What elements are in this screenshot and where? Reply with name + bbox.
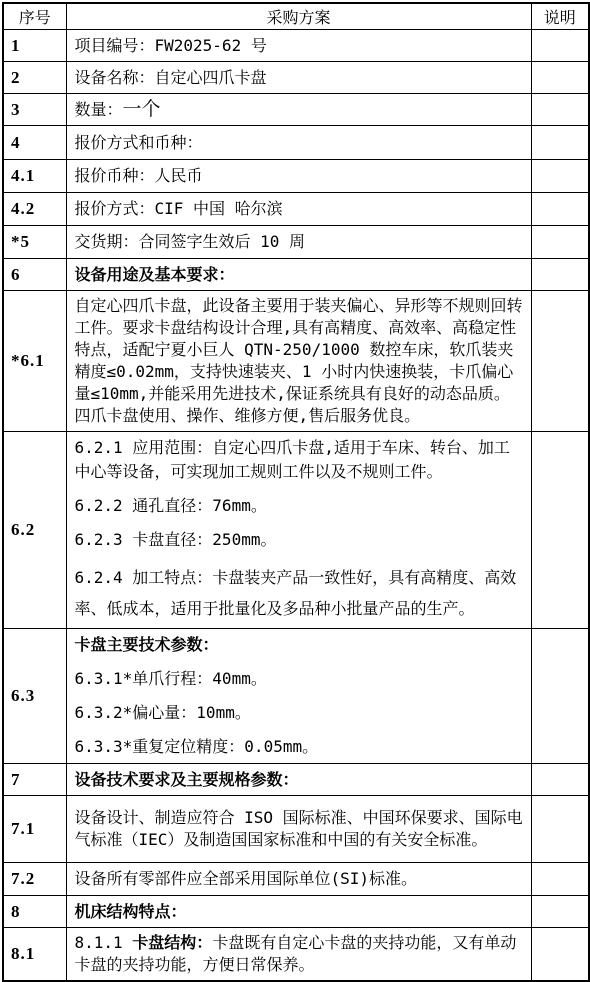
table-row: 4.2 报价方式：CIF 中国 哈尔滨 (3, 193, 589, 226)
header-note: 说明 (531, 3, 589, 30)
row-id: 6.2 (3, 432, 66, 629)
item-title: 卡盘结构： (132, 933, 212, 952)
table-row: 6.3 卡盘主要技术参数： 6.3.1*单爪行程：40mm。 6.3.2*偏心量… (3, 629, 589, 764)
table-row: 7.2 设备所有零部件应全部采用国际单位(SI)标准。 (3, 863, 589, 896)
spec-item: 6.3.1*单爪行程：40mm。 (75, 667, 525, 691)
paragraph: 6.2.4 加工特点：卡盘装夹产品一致性好，具有高精度、高效率、低成本，适用于批… (75, 562, 525, 624)
row-content: 报价方式和币种： (66, 126, 531, 160)
table-row: 8.1 8.1.1 卡盘结构：卡盘既有自定心卡盘的夹持功能，又有单动卡盘的夹持功… (3, 928, 589, 982)
procurement-table: 序号 采购方案 说明 1 项目编号：FW2025-62 号 2 设备名称：自定心… (2, 2, 590, 982)
row-note (531, 629, 589, 764)
row-content: 设备名称：自定心四爪卡盘 (66, 62, 531, 94)
row-content: 项目编号：FW2025-62 号 (66, 30, 531, 62)
row-note (531, 928, 589, 982)
row-note (531, 259, 589, 291)
row-note (531, 94, 589, 126)
row-note (531, 160, 589, 193)
table-row: 7.1 设备设计、制造应符合 ISO 国际标准、中国环保要求、国际电气标准（IE… (3, 796, 589, 863)
spec-item: 6.3.2*偏心量：10mm。 (75, 701, 525, 725)
table-row: *6.1 自定心四爪卡盘，此设备主要用于装夹偏心、异形等不规则回转工件。要求卡盘… (3, 291, 589, 432)
row-id: 7.2 (3, 863, 66, 896)
paragraph: 6.2.1 应用范围：自定心四爪卡盘,适用于车床、转台、加工中心等设备，可实现加… (75, 436, 525, 484)
section-title: 设备技术要求及主要规格参数： (66, 764, 531, 796)
row-note (531, 432, 589, 629)
row-note (531, 863, 589, 896)
row-note (531, 291, 589, 432)
paragraph: 6.2.2 通孔直径：76mm。 (75, 494, 525, 518)
table-row: 8 机床结构特点： (3, 896, 589, 928)
section-title: 设备用途及基本要求： (66, 259, 531, 291)
header-serial: 序号 (3, 3, 66, 30)
table-row: 4.1 报价币种：人民币 (3, 160, 589, 193)
spec-item: 6.3.3*重复定位精度：0.05mm。 (75, 735, 525, 759)
paragraph: 6.2.3 卡盘直径：250mm。 (75, 528, 525, 552)
row-id: 8.1 (3, 928, 66, 982)
row-content: 自定心四爪卡盘，此设备主要用于装夹偏心、异形等不规则回转工件。要求卡盘结构设计合… (66, 291, 531, 432)
row-id: *6.1 (3, 291, 66, 432)
row-content: 报价币种：人民币 (66, 160, 531, 193)
row-id: 8 (3, 896, 66, 928)
row-content: 8.1.1 卡盘结构：卡盘既有自定心卡盘的夹持功能，又有单动卡盘的夹持功能，方便… (66, 928, 531, 982)
row-note (531, 226, 589, 259)
table-row: 7 设备技术要求及主要规格参数： (3, 764, 589, 796)
row-id: 7 (3, 764, 66, 796)
row-id: 6 (3, 259, 66, 291)
header-plan: 采购方案 (66, 3, 531, 30)
section-title: 卡盘主要技术参数： (75, 633, 525, 657)
table-row: 6.2 6.2.1 应用范围：自定心四爪卡盘,适用于车床、转台、加工中心等设备，… (3, 432, 589, 629)
row-id: 6.3 (3, 629, 66, 764)
row-id: *5 (3, 226, 66, 259)
table-row: 1 项目编号：FW2025-62 号 (3, 30, 589, 62)
quantity-label: 数量： (75, 100, 123, 119)
item-number: 8.1.1 (75, 933, 133, 952)
row-id: 3 (3, 94, 66, 126)
row-id: 4.2 (3, 193, 66, 226)
row-note (531, 126, 589, 160)
table-row: 4 报价方式和币种： (3, 126, 589, 160)
quantity-value: 一个 (123, 98, 161, 120)
section-title: 机床结构特点： (66, 896, 531, 928)
row-id: 7.1 (3, 796, 66, 863)
header-row: 序号 采购方案 说明 (3, 3, 589, 30)
row-note (531, 796, 589, 863)
row-id: 1 (3, 30, 66, 62)
row-content: 报价方式：CIF 中国 哈尔滨 (66, 193, 531, 226)
row-id: 2 (3, 62, 66, 94)
row-content: 设备所有零部件应全部采用国际单位(SI)标准。 (66, 863, 531, 896)
row-content: 数量：一个 (66, 94, 531, 126)
table-row: 2 设备名称：自定心四爪卡盘 (3, 62, 589, 94)
row-note (531, 30, 589, 62)
row-id: 4.1 (3, 160, 66, 193)
row-note (531, 896, 589, 928)
row-note (531, 193, 589, 226)
table-row: 3 数量：一个 (3, 94, 589, 126)
row-content: 设备设计、制造应符合 ISO 国际标准、中国环保要求、国际电气标准（IEC）及制… (66, 796, 531, 863)
row-note (531, 764, 589, 796)
row-content: 卡盘主要技术参数： 6.3.1*单爪行程：40mm。 6.3.2*偏心量：10m… (66, 629, 531, 764)
row-content: 交货期：合同签字生效后 10 周 (66, 226, 531, 259)
table-row: 6 设备用途及基本要求： (3, 259, 589, 291)
row-note (531, 62, 589, 94)
row-content: 6.2.1 应用范围：自定心四爪卡盘,适用于车床、转台、加工中心等设备，可实现加… (66, 432, 531, 629)
table-row: *5 交货期：合同签字生效后 10 周 (3, 226, 589, 259)
row-id: 4 (3, 126, 66, 160)
